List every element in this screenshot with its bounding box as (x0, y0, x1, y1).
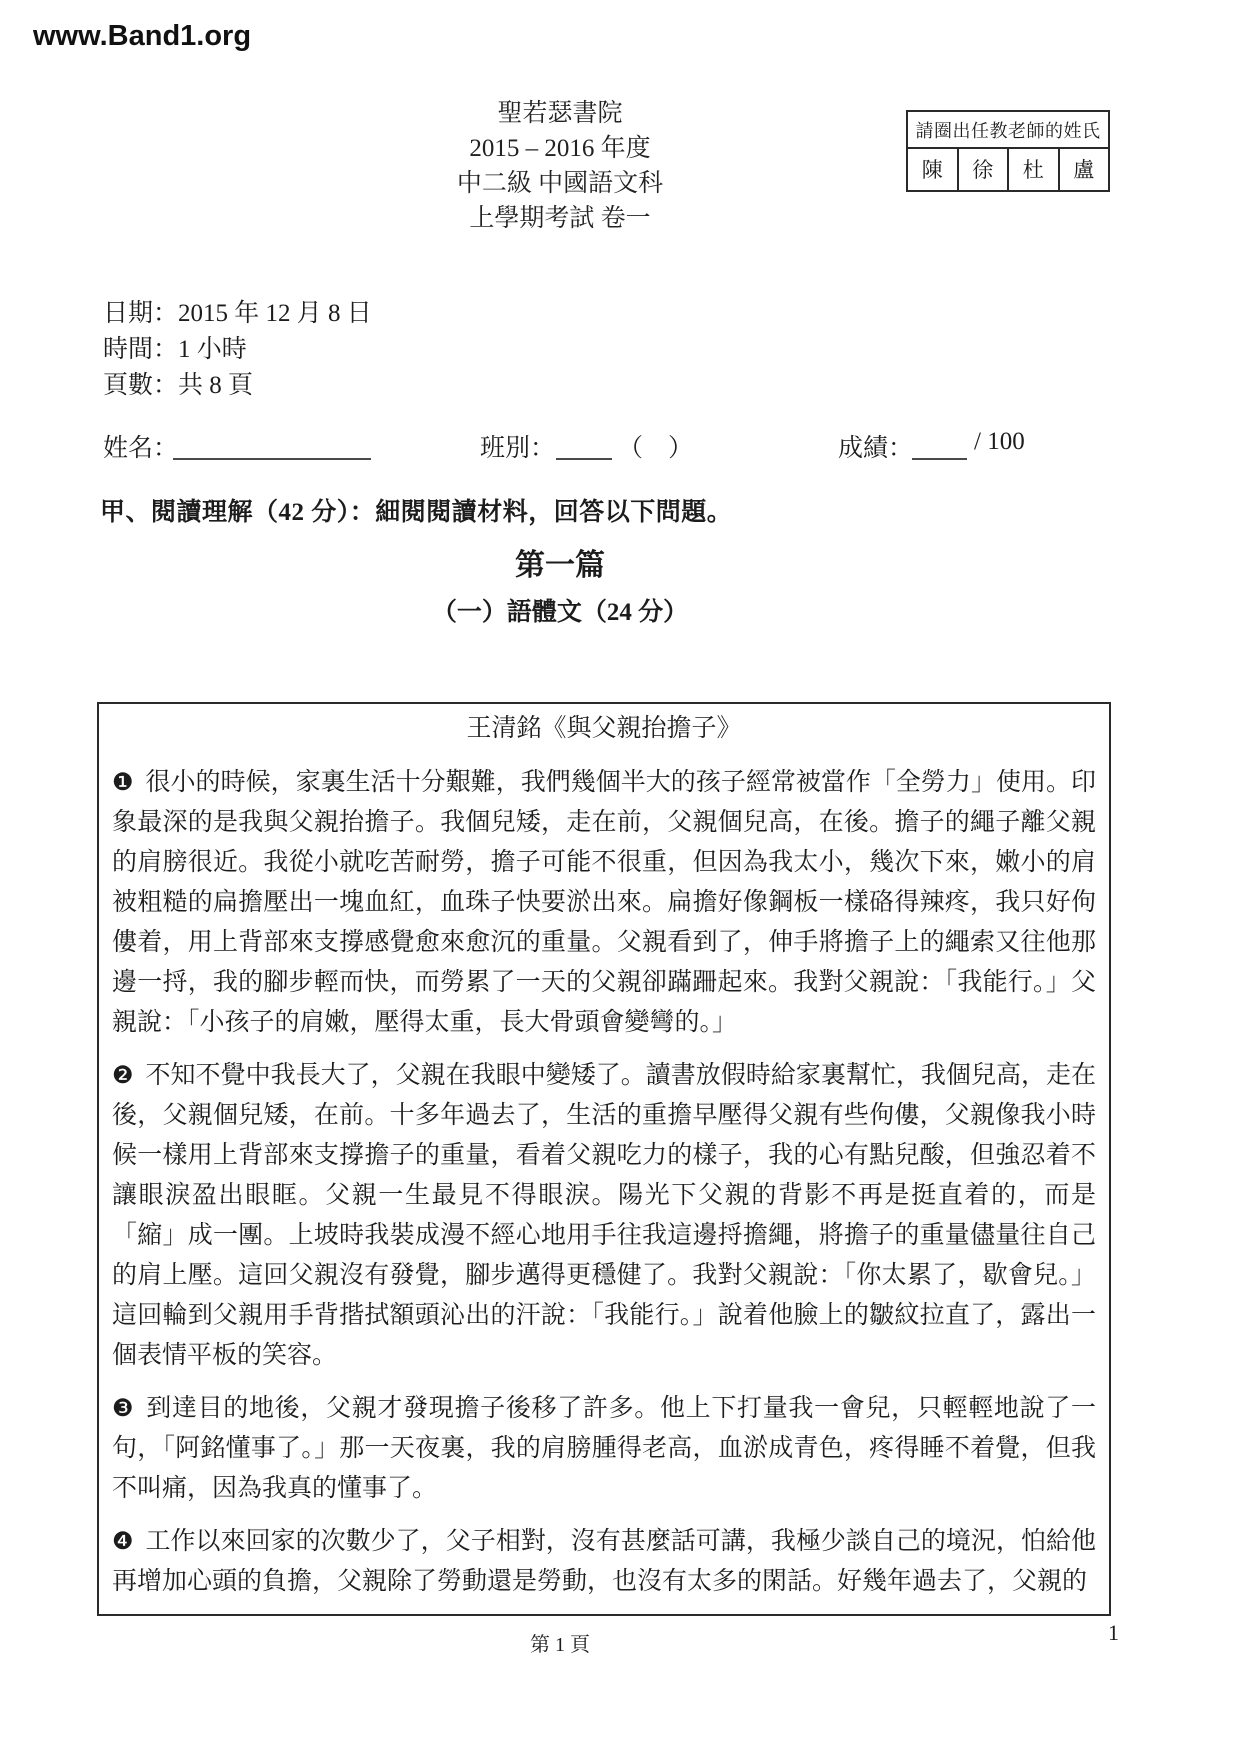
paragraph-text: 不知不覺中我長大了，父親在我眼中變矮了。讀書放假時給家裏幫忙，我個兒高，走在後，… (112, 1062, 1096, 1369)
teacher-cell: 杜 (1009, 149, 1060, 190)
exam-pages-line: 頁數：共 8 頁 (103, 368, 372, 404)
footer-page-label: 第 1 頁 (0, 1628, 1120, 1657)
passage-paragraph-4: ❹工作以來回家的次數少了，父子相對，沒有甚麼話可講，我極少談自己的境況，怕給他再… (112, 1522, 1096, 1602)
teacher-cell: 盧 (1060, 149, 1109, 190)
exam-date-line: 日期：2015 年 12 月 8 日 (103, 296, 372, 332)
passage-paragraph-1: ❶很小的時候，家裏生活十分艱難，我們幾個半大的孩子經常被當作「全勞力」使用。印象… (112, 763, 1096, 1043)
exam-title: 上學期考試 卷一 (0, 201, 1120, 236)
paragraph-text: 到達目的地後，父親才發現擔子後移了許多。他上下打量我一會兒，只輕輕地說了一句，「… (112, 1395, 1096, 1502)
student-fields-row: 姓名： 班別： （ ） 成績： / 100 (0, 428, 1240, 464)
teacher-circle-box: 請圈出任教老師的姓氏 陳 徐 杜 盧 (906, 110, 1110, 192)
paragraph-number-icon: ❹ (112, 1529, 134, 1555)
reading-passage-box: 王清銘《與父親抬擔子》 ❶很小的時候，家裏生活十分艱難，我們幾個半大的孩子經常被… (97, 702, 1111, 1616)
paragraph-number-icon: ❷ (112, 1063, 134, 1089)
paragraph-number-icon: ❸ (112, 1396, 134, 1422)
passage-subtitle: （一）語體文（24 分） (0, 592, 1120, 628)
site-watermark: www.Band1.org (33, 20, 251, 53)
passage-source-title: 王清銘《與父親抬擔子》 (112, 708, 1096, 750)
paragraph-text: 工作以來回家的次數少了，父子相對，沒有甚麼話可講，我極少談自己的境況，怕給他再增… (112, 1528, 1096, 1595)
passage-paragraph-2: ❷不知不覺中我長大了，父親在我眼中變矮了。讀書放假時給家裏幫忙，我個兒高，走在後… (112, 1056, 1096, 1376)
teacher-cell: 陳 (908, 149, 959, 190)
paragraph-number-icon: ❶ (112, 770, 134, 796)
class-blank-line (556, 430, 612, 460)
exam-info-block: 日期：2015 年 12 月 8 日 時間：1 小時 頁數：共 8 頁 (103, 296, 372, 404)
score-total: / 100 (974, 428, 1025, 456)
score-label: 成績： (838, 428, 913, 464)
class-parentheses: （ ） (618, 428, 693, 464)
name-blank-line (173, 430, 371, 460)
teacher-box-title: 請圈出任教老師的姓氏 (908, 112, 1108, 149)
teacher-box-cells: 陳 徐 杜 盧 (908, 149, 1108, 190)
passage-part-title: 第一篇 (0, 540, 1120, 584)
class-label: 班別： (480, 428, 555, 464)
exam-time-line: 時間：1 小時 (103, 332, 372, 368)
footer-page-number: 1 (1108, 1620, 1119, 1646)
exam-paper-page: www.Band1.org 聖若瑟書院 2015 – 2016 年度 中二級 中… (0, 0, 1240, 1754)
score-blank-line (912, 430, 967, 460)
section-a-heading: 甲、閱讀理解（42 分）：細閱閱讀材料，回答以下問題。 (100, 492, 732, 528)
paragraph-text: 很小的時候，家裏生活十分艱難，我們幾個半大的孩子經常被當作「全勞力」使用。印象最… (112, 769, 1096, 1036)
passage-paragraph-3: ❸到達目的地後，父親才發現擔子後移了許多。他上下打量我一會兒，只輕輕地說了一句，… (112, 1389, 1096, 1509)
teacher-cell: 徐 (959, 149, 1010, 190)
name-label: 姓名： (103, 428, 178, 464)
